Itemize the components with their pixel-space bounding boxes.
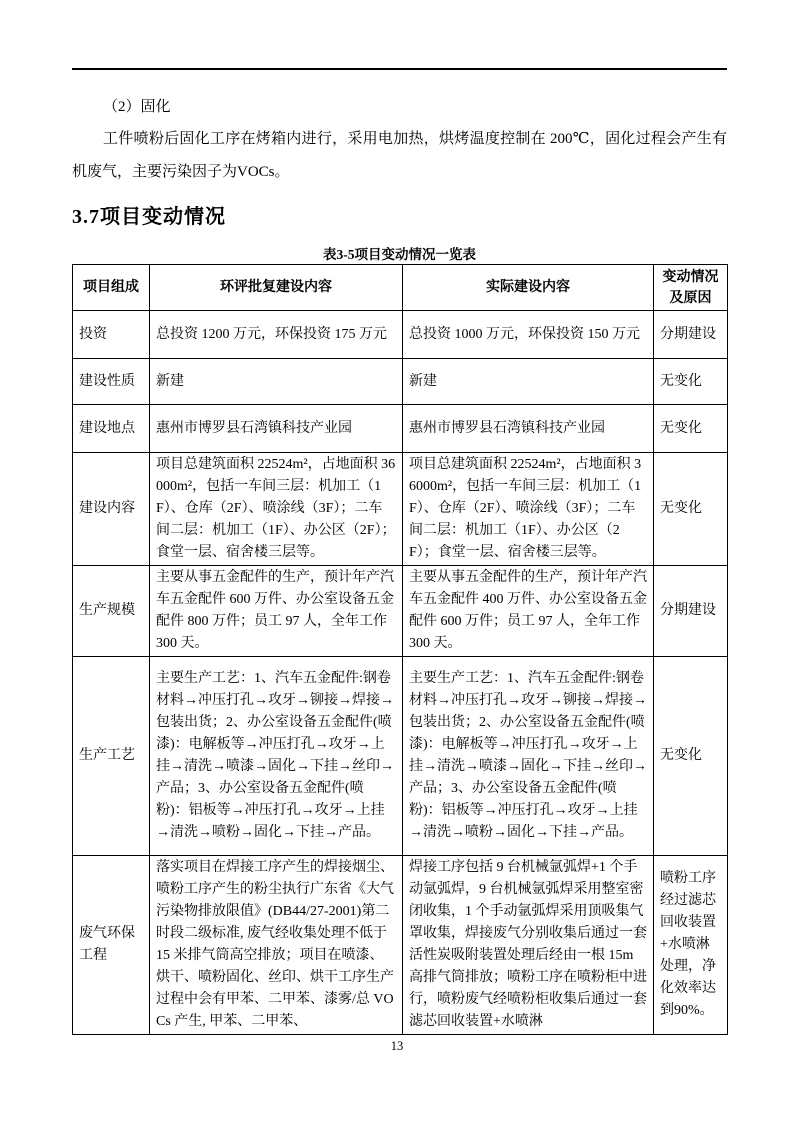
cell-approved: 主要从事五金配件的生产，预计年产汽车五金配件 600 万件、办公室设备五金配件 … — [150, 566, 403, 657]
table-header-row: 项目组成 环评批复建设内容 实际建设内容 变动情况及原因 — [73, 265, 728, 311]
cell-actual: 主要生产工艺：1、汽车五金配件:钢卷材料→冲压打孔→攻牙→铆接→焊接→包装出货；… — [403, 657, 654, 856]
cell-actual: 新建 — [403, 359, 654, 405]
cell-actual: 项目总建筑面积 22524m²，占地面积 36000m²，包括一车间三层：机加工… — [403, 453, 654, 566]
header-cell-actual: 实际建设内容 — [403, 265, 654, 311]
cell-approved: 惠州市博罗县石湾镇科技产业园 — [150, 405, 403, 453]
header-rule — [72, 68, 727, 70]
cell-change: 分期建设 — [654, 311, 728, 359]
cell-component: 生产规模 — [73, 566, 150, 657]
cell-change: 分期建设 — [654, 566, 728, 657]
cell-change: 无变化 — [654, 359, 728, 405]
cell-component: 建设内容 — [73, 453, 150, 566]
table-row: 生产规模 主要从事五金配件的生产，预计年产汽车五金配件 600 万件、办公室设备… — [73, 566, 728, 657]
table-row: 建设性质 新建 新建 无变化 — [73, 359, 728, 405]
table-row: 生产工艺 主要生产工艺：1、汽车五金配件:钢卷材料→冲压打孔→攻牙→铆接→焊接→… — [73, 657, 728, 856]
section-heading: 3.7项目变动情况 — [72, 200, 226, 229]
table-row: 建设地点 惠州市博罗县石湾镇科技产业园 惠州市博罗县石湾镇科技产业园 无变化 — [73, 405, 728, 453]
page-number: 13 — [0, 1039, 794, 1054]
cell-approved: 项目总建筑面积 22524m²，占地面积 36000m²，包括一车间三层：机加工… — [150, 453, 403, 566]
cell-actual: 焊接工序包括 9 台机械氩弧焊+1 个手动氩弧焊，9 台机械氩弧焊采用整室密闭收… — [403, 856, 654, 1035]
cell-actual: 主要从事五金配件的生产，预计年产汽车五金配件 400 万件、办公室设备五金配件 … — [403, 566, 654, 657]
cell-component: 建设性质 — [73, 359, 150, 405]
table-row: 废气环保工程 落实项目在焊接工序产生的焊接烟尘、喷粉工序产生的粉尘执行广东省《大… — [73, 856, 728, 1035]
cell-change: 无变化 — [654, 405, 728, 453]
change-summary-table: 项目组成 环评批复建设内容 实际建设内容 变动情况及原因 投资 总投资 1200… — [72, 264, 728, 1035]
header-cell-change: 变动情况及原因 — [654, 265, 728, 311]
cell-actual: 总投资 1000 万元，环保投资 150 万元 — [403, 311, 654, 359]
cell-approved: 总投资 1200 万元，环保投资 175 万元 — [150, 311, 403, 359]
cell-approved: 新建 — [150, 359, 403, 405]
list-item-heading: （2）固化 — [103, 95, 171, 116]
cell-approved: 主要生产工艺：1、汽车五金配件:钢卷材料→冲压打孔→攻牙→铆接→焊接→包装出货；… — [150, 657, 403, 856]
cell-component: 建设地点 — [73, 405, 150, 453]
table-row: 投资 总投资 1200 万元，环保投资 175 万元 总投资 1000 万元，环… — [73, 311, 728, 359]
cell-component: 废气环保工程 — [73, 856, 150, 1035]
cell-component: 投资 — [73, 311, 150, 359]
cell-component: 生产工艺 — [73, 657, 150, 856]
body-paragraph: 工件喷粉后固化工序在烤箱内进行，采用电加热，烘烤温度控制在 200℃，固化过程会… — [72, 123, 727, 189]
cell-approved: 落实项目在焊接工序产生的焊接烟尘、喷粉工序产生的粉尘执行广东省《大气污染物排放限… — [150, 856, 403, 1035]
table-caption: 表3-5项目变动情况一览表 — [72, 243, 727, 263]
cell-change: 无变化 — [654, 657, 728, 856]
cell-change: 喷粉工序经过滤芯回收装置+水喷淋处理，净化效率达到90%。 — [654, 856, 728, 1035]
table-row: 建设内容 项目总建筑面积 22524m²，占地面积 36000m²，包括一车间三… — [73, 453, 728, 566]
cell-actual: 惠州市博罗县石湾镇科技产业园 — [403, 405, 654, 453]
cell-change: 无变化 — [654, 453, 728, 566]
header-cell-approved: 环评批复建设内容 — [150, 265, 403, 311]
document-page: （2）固化 工件喷粉后固化工序在烤箱内进行，采用电加热，烘烤温度控制在 200℃… — [0, 0, 794, 1123]
header-cell-component: 项目组成 — [73, 265, 150, 311]
